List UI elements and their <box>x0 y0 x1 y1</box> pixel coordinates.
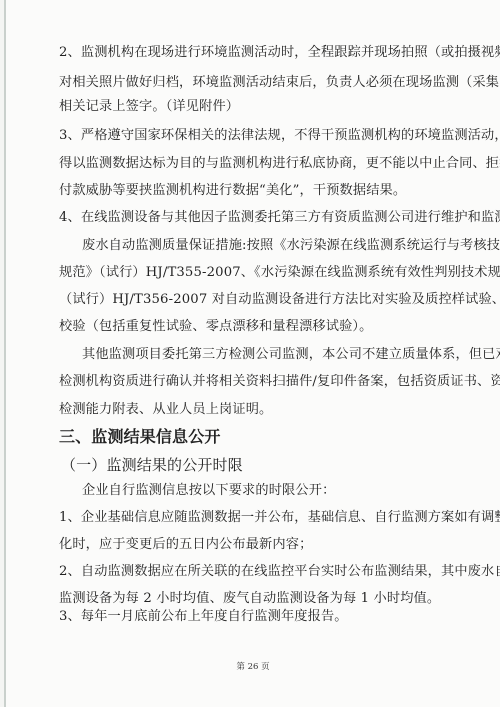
paragraph-line: 付款威胁等要挟监测机构进行数据“美化”，干预数据结果。 <box>59 183 406 199</box>
paragraph-line: （试行）HJ/T356-2007 对自动监测设备进行方法比对实验及质控样试验、现… <box>59 292 500 308</box>
paragraph-line: 废水自动监测质量保证措施:按照《水污染源在线监测系统运行与考核技术 <box>82 238 500 254</box>
section-heading: 三、监测结果信息公开 <box>59 429 221 445</box>
paragraph-line: 对相关照片做好归档，环境监测活动结束后，负责人必须在现场监测（采集） <box>59 75 500 91</box>
paragraph-line: 企业自行监测信息按以下要求的时限公开： <box>82 483 335 499</box>
paragraph-line: 3、严格遵守国家环保相关的法律法规，不得干预监测机构的环境监测活动，不 <box>59 128 500 144</box>
paragraph-line: 其他监测项目委托第三方检测公司监测，本公司不建立质量体系，但已对 <box>82 347 500 363</box>
paragraph-line: 2、自动监测数据应在所关联的在线监控平台实时公布监测结果，其中废水自动 <box>59 564 500 580</box>
paragraph-line: 3、每年一月底前公布上年度自行监测年度报告。 <box>59 609 348 625</box>
subsection-heading: （一）监测结果的公开时限 <box>61 457 243 473</box>
paragraph-line: 得以监测数据达标为目的与监测机构进行私底协商，更不能以中止合同、拒绝 <box>59 156 500 172</box>
paragraph-line: 检测能力附表、从业人员上岗证明。 <box>59 402 272 418</box>
paragraph-line: 2、监测机构在现场进行环境监测活动时，全程跟踪并现场拍照（或拍摄视频）， <box>59 45 500 61</box>
paragraph-line: 检测机构资质进行确认并将相关资料扫描件/复印件备案，包括资质证书、资质 <box>59 374 500 390</box>
paragraph-line: 4、在线监测设备与其他因子监测委托第三方有资质监测公司进行维护和监测。 <box>59 210 500 226</box>
paragraph-line: 化时，应于变更后的五日内公布最新内容； <box>59 537 312 553</box>
paragraph-line: 规范》（试行）HJ/T355-2007、《水污染源在线监测系统有效性判别技术规范… <box>59 265 500 281</box>
paragraph-line: 监测设备为每 2 小时均值、废气自动监测设备为每 1 小时均值。 <box>59 591 440 607</box>
paragraph-line: 1、企业基础信息应随监测数据一并公布，基础信息、自行监测方案如有调整变 <box>59 510 500 526</box>
document-page: 2、监测机构在现场进行环境监测活动时，全程跟踪并现场拍照（或拍摄视频），对相关照… <box>4 0 500 707</box>
paragraph-line: 相关记录上签字。（详见附件） <box>59 99 239 115</box>
page-number: 第 26 页 <box>6 660 500 672</box>
paragraph-line: 校验（包括重复性试验、零点漂移和量程漂移试验）。 <box>59 319 373 335</box>
